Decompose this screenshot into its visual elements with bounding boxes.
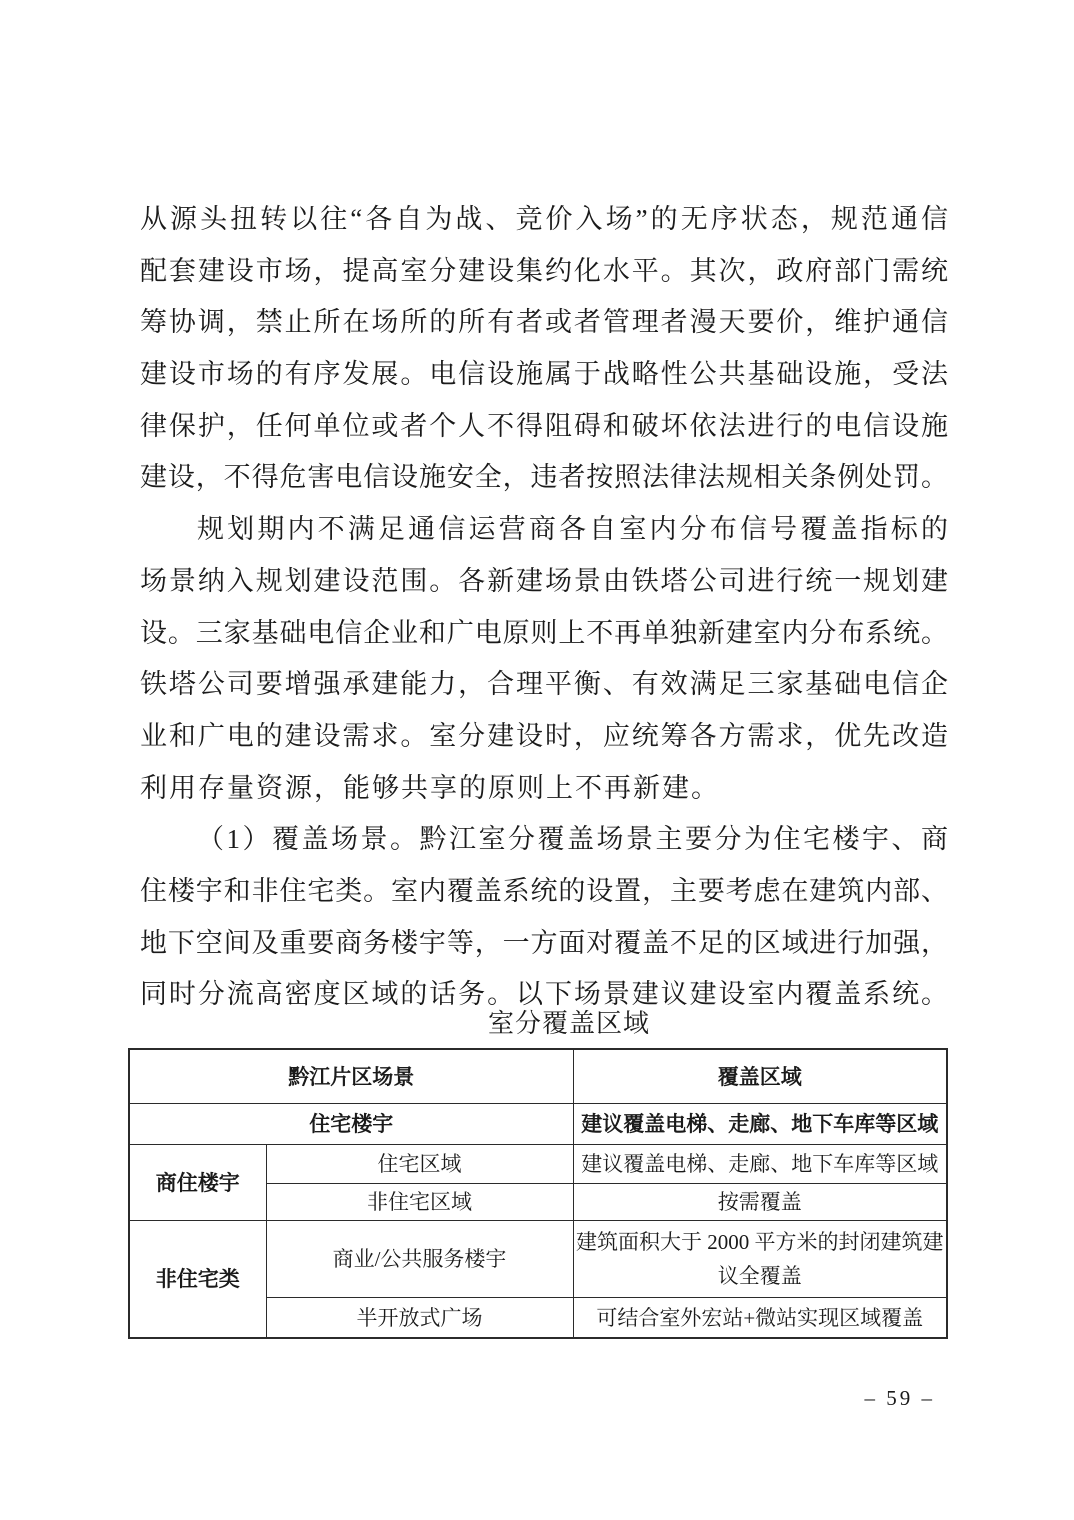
table-header-scene: 黔江片区场景	[129, 1049, 573, 1104]
table-header-row: 黔江片区场景 覆盖区域	[129, 1049, 947, 1104]
table-cell-category: 商住楼宇	[129, 1145, 266, 1221]
body-line: 场景纳入规划建设范围。各新建场景由铁塔公司进行统一规划建	[140, 556, 948, 608]
body-line: 设。三家基础电信企业和广电原则上不再单独新建室内分布系统。	[140, 608, 948, 660]
table-cell-coverage: 建筑面积大于 2000 平方米的封闭建筑建议全覆盖	[573, 1221, 947, 1298]
coverage-table: 黔江片区场景 覆盖区域 住宅楼宇 建议覆盖电梯、走廊、地下车库等区域 商住楼宇 …	[128, 1048, 948, 1339]
body-line: 住楼宇和非住宅类。室内覆盖系统的设置，主要考虑在建筑内部、	[140, 866, 948, 918]
body-line: 规划期内不满足通信运营商各自室内分布信号覆盖指标的	[140, 504, 948, 556]
table-cell-scene: 商业/公共服务楼宇	[266, 1221, 573, 1298]
table-row: 非住宅类 商业/公共服务楼宇 建筑面积大于 2000 平方米的封闭建筑建议全覆盖	[129, 1221, 947, 1298]
body-line: 业和广电的建设需求。室分建设时，应统筹各方需求，优先改造	[140, 711, 948, 763]
body-text: 从源头扭转以往“各自为战、竞价入场”的无序状态，规范通信 配套建设市场，提高室分…	[140, 194, 948, 1021]
body-line: 地下空间及重要商务楼宇等，一方面对覆盖不足的区域进行加强，	[140, 918, 948, 970]
table-cell-category: 非住宅类	[129, 1221, 266, 1339]
body-line: 建设，不得危害电信设施安全，违者按照法律法规相关条例处罚。	[140, 452, 948, 504]
table-row: 住宅楼宇 建议覆盖电梯、走廊、地下车库等区域	[129, 1104, 947, 1145]
table-cell-scene: 非住宅区域	[266, 1184, 573, 1221]
table-row: 商住楼宇 住宅区域 建议覆盖电梯、走廊、地下车库等区域	[129, 1145, 947, 1184]
table-caption: 室分覆盖区域	[488, 1004, 650, 1044]
body-line: 律保护，任何单位或者个人不得阻碍和破坏依法进行的电信设施	[140, 401, 948, 453]
body-line: 利用存量资源，能够共享的原则上不再新建。	[140, 763, 948, 815]
table-cell-scene: 住宅区域	[266, 1145, 573, 1184]
table-cell-coverage: 按需覆盖	[573, 1184, 947, 1221]
table-cell-coverage: 建议覆盖电梯、走廊、地下车库等区域	[573, 1145, 947, 1184]
body-line: 从源头扭转以往“各自为战、竞价入场”的无序状态，规范通信	[140, 194, 948, 246]
table-cell-scene: 住宅楼宇	[129, 1104, 573, 1145]
page-number: – 59 –	[865, 1384, 936, 1412]
body-line: 配套建设市场，提高室分建设集约化水平。其次，政府部门需统	[140, 246, 948, 298]
body-line: 铁塔公司要增强承建能力，合理平衡、有效满足三家基础电信企	[140, 659, 948, 711]
table-header-coverage: 覆盖区域	[573, 1049, 947, 1104]
document-page: 从源头扭转以往“各自为战、竞价入场”的无序状态，规范通信 配套建设市场，提高室分…	[0, 0, 1074, 1520]
body-line: 筹协调，禁止所在场所的所有者或者管理者漫天要价，维护通信	[140, 297, 948, 349]
table-cell-coverage: 建议覆盖电梯、走廊、地下车库等区域	[573, 1104, 947, 1145]
body-line: （1）覆盖场景。黔江室分覆盖场景主要分为住宅楼宇、商	[140, 814, 948, 866]
body-line: 建设市场的有序发展。电信设施属于战略性公共基础设施，受法	[140, 349, 948, 401]
table-cell-scene: 半开放式广场	[266, 1298, 573, 1339]
table-cell-coverage: 可结合室外宏站+微站实现区域覆盖	[573, 1298, 947, 1339]
